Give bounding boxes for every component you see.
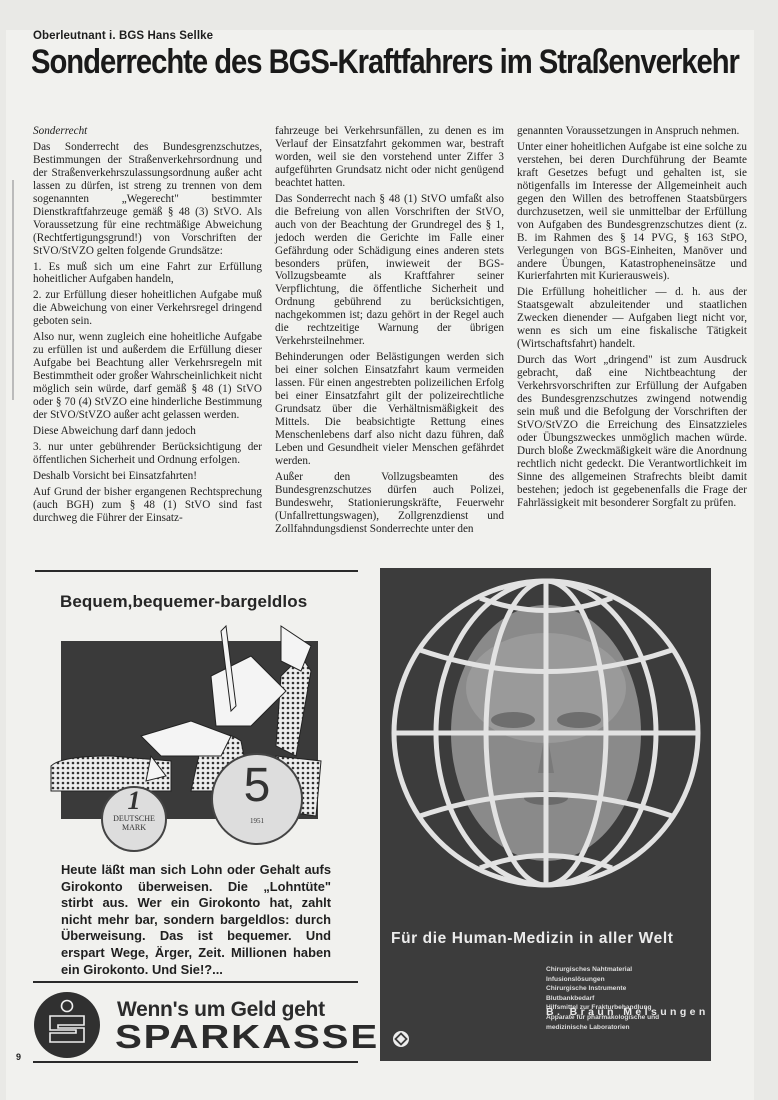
globe-head-image — [380, 568, 711, 918]
product-item: Chirurgisches Nahtmaterial — [546, 965, 659, 975]
article-title: Sonderrechte des BGS-Kraftfahrers im Str… — [31, 40, 650, 84]
ad-mid-rule — [33, 981, 358, 983]
coin-5-mark: 5 1951 — [211, 753, 303, 845]
ad-bottom-rule — [33, 1061, 358, 1063]
product-item: Blutbankbedarf — [546, 994, 659, 1004]
article-paragraph: Behinderungen oder Belästigungen werden … — [275, 351, 504, 468]
article-paragraph: Außer den Vollzugsbeamten des Bundesgren… — [275, 471, 504, 536]
article-column-1: SonderrechtDas Sonderrecht des Bundesgre… — [33, 125, 262, 528]
article-paragraph: Durch das Wort „dringend" ist zum Ausdru… — [517, 354, 747, 509]
sparkasse-brand: SPARKASSE — [115, 1018, 379, 1056]
article-paragraph: 1. Es muß sich um eine Fahrt zur Erfüllu… — [33, 261, 262, 287]
product-item: medizinische Laboratorien — [546, 1023, 659, 1033]
sparkasse-ad-headline: Bequem,bequemer-bargeldlos — [60, 592, 307, 612]
article-column-2: fahrzeuge bei Verkehrsunfällen, zu denen… — [275, 125, 504, 539]
reclining-man-illustration: 1 DEUTSCHE MARK 5 1951 — [61, 641, 318, 819]
product-item: Chirurgische Instrumente — [546, 984, 659, 994]
braun-logo-icon — [392, 1030, 410, 1048]
article-paragraph: Deshalb Vorsicht bei Einsatzfahrten! — [33, 470, 262, 483]
braun-company-name: B. Braun Melsungen — [546, 1006, 709, 1018]
ad-top-rule — [35, 570, 358, 572]
article-paragraph: Also nur, wenn zugleich eine hoheitliche… — [33, 331, 262, 422]
article-paragraph: Auf Grund der bisher ergangenen Rechtspr… — [33, 486, 262, 525]
article-paragraph: Sonderrecht — [33, 125, 262, 138]
article-paragraph: Unter einer hoheitlichen Aufgabe ist ein… — [517, 141, 747, 283]
coin-1-mark: 1 DEUTSCHE MARK — [101, 786, 167, 852]
binding-edge — [12, 180, 14, 400]
braun-headline: Für die Human-Medizin in aller Welt — [391, 930, 674, 948]
article-column-3: genannten Voraussetzungen in Anspruch ne… — [517, 125, 747, 513]
article-paragraph: genannten Voraussetzungen in Anspruch ne… — [517, 125, 747, 138]
sparkasse-ad-body: Heute läßt man sich Lohn oder Gehalt auf… — [61, 862, 331, 978]
article-paragraph: Die Erfüllung hoheitlicher — d. h. aus d… — [517, 286, 747, 351]
article-paragraph: Das Sonderrecht des Bundesgrenzschutzes,… — [33, 141, 262, 258]
product-item: Infusionslösungen — [546, 975, 659, 985]
article-paragraph: Das Sonderrecht nach § 48 (1) StVO umfaß… — [275, 193, 504, 348]
article-paragraph: fahrzeuge bei Verkehrsunfällen, zu denen… — [275, 125, 504, 190]
article-paragraph: 3. nur unter gebührender Berücksichtigun… — [33, 441, 262, 467]
braun-ad: Für die Human-Medizin in aller Welt Chir… — [380, 568, 711, 1061]
article-paragraph: 2. zur Erfüllung dieser hoheitlichen Auf… — [33, 289, 262, 328]
braun-product-list: Chirurgisches Nahtmaterial Infusionslösu… — [546, 965, 659, 1032]
sparkasse-logo-icon — [34, 992, 100, 1058]
article-paragraph: Diese Abweichung darf dann jedoch — [33, 425, 262, 438]
page-number: 9 — [16, 1052, 21, 1062]
